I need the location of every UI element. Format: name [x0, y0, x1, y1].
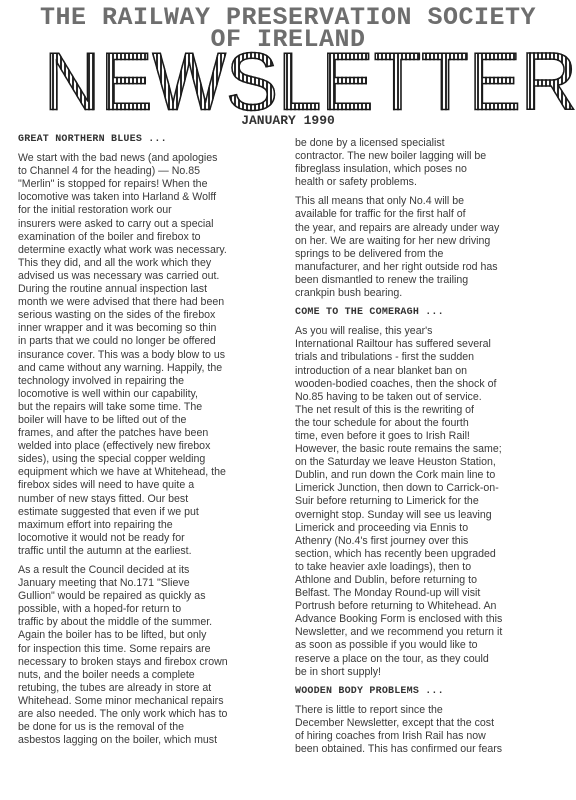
title-letter: E — [100, 48, 152, 113]
article-paragraph: We start with the bad news (and apologie… — [18, 152, 290, 558]
article-paragraph: As you will realise, this year's Interna… — [295, 325, 567, 679]
right-column: be done by a licensed specialist contrac… — [295, 137, 567, 762]
article-paragraph: As a result the Council decided at its J… — [18, 564, 290, 747]
section-heading-great-northern-blues: GREAT NORTHERN BLUES ... — [18, 133, 290, 146]
title-letter: E — [321, 48, 373, 113]
title-letter: N — [44, 48, 100, 113]
title-letter: T — [421, 48, 469, 113]
newsletter-title: N E W S L E T T E R — [44, 50, 534, 112]
article-paragraph: be done by a licensed specialist contrac… — [295, 137, 567, 189]
article-paragraph: There is little to report since the Dece… — [295, 704, 567, 756]
issue-date: JANUARY 1990 — [0, 113, 576, 128]
title-letter: S — [226, 48, 278, 113]
left-column: GREAT NORTHERN BLUES ... We start with t… — [18, 133, 290, 753]
section-heading-come-to-the-comeragh: COME TO THE COMERAGH ... — [295, 306, 567, 319]
section-heading-wooden-body-problems: WOODEN BODY PROBLEMS ... — [295, 685, 567, 698]
title-letter: E — [469, 48, 521, 113]
title-letter: W — [152, 48, 226, 113]
title-letter: T — [373, 48, 421, 113]
article-paragraph: This all means that only No.4 will be av… — [295, 195, 567, 300]
title-letter: R — [521, 48, 576, 113]
title-letter: L — [278, 48, 321, 113]
